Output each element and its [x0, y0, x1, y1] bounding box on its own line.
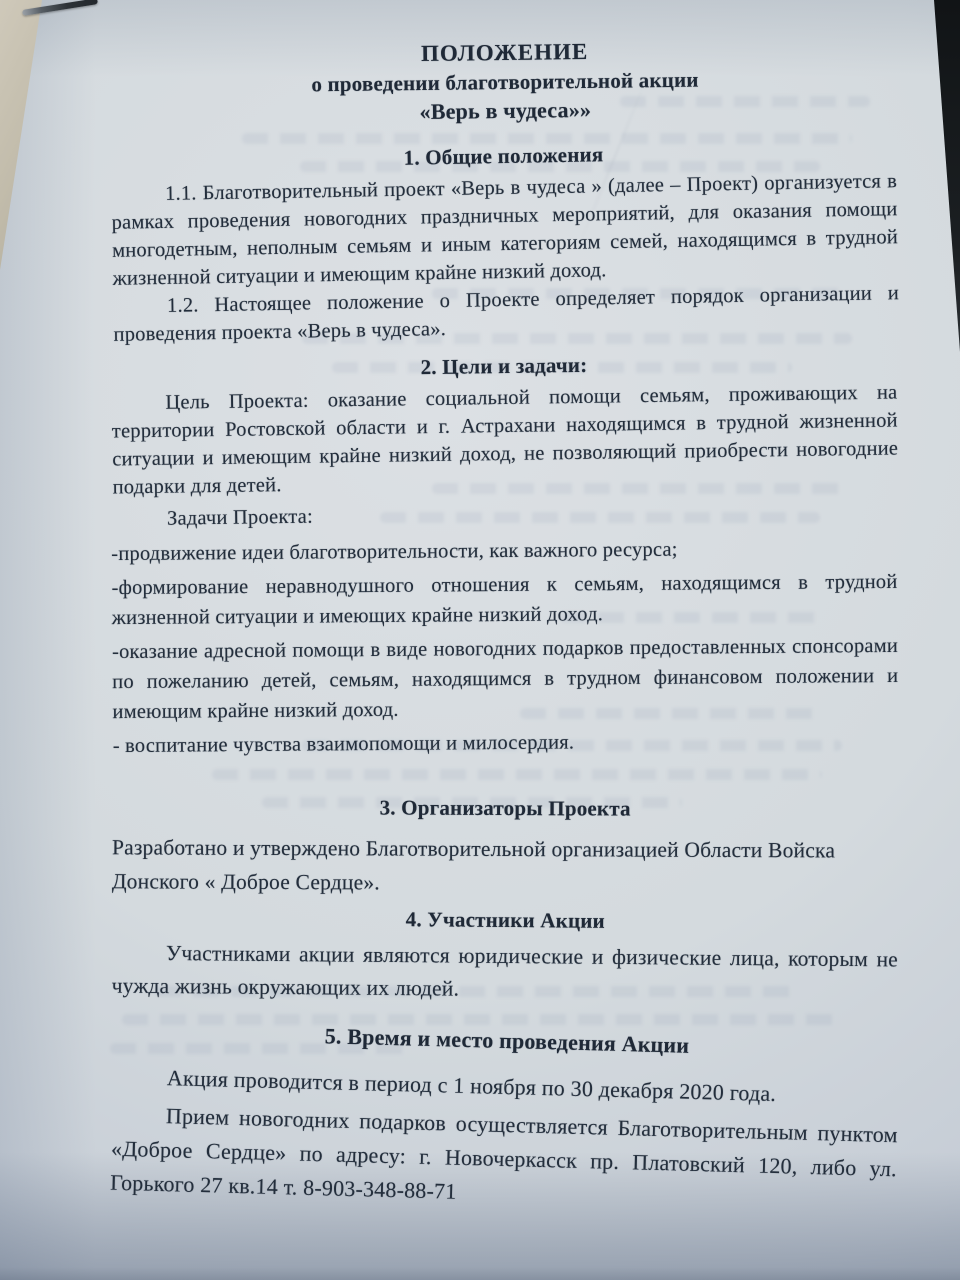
- document-title-block: ПОЛОЖЕНИЕ о проведении благотворительной…: [111, 33, 898, 131]
- paragraph-address: Прием новогодних подарков осуществляется…: [110, 1098, 898, 1221]
- tasks-list: -продвижение идеи благотворительности, к…: [111, 533, 899, 761]
- paragraph-tasks-label: Задачи Проекта:: [113, 495, 899, 534]
- document-content: ПОЛОЖЕНИЕ о проведении благотворительной…: [0, 0, 960, 1280]
- section-participants: 4. Участники Акции Участниками акции явл…: [112, 903, 899, 1010]
- paragraph-organizers: Разработано и утверждено Благотворительн…: [112, 830, 898, 901]
- paragraph-goal: Цель Проекта: оказание социальной помощи…: [111, 379, 898, 502]
- paragraph-1-1: 1.1. Благотворительный проект «Верь в чу…: [111, 167, 899, 293]
- paragraph-participants: Участниками акции являются юридические и…: [112, 937, 899, 1010]
- document-page: ПОЛОЖЕНИЕ о проведении благотворительной…: [0, 0, 960, 1280]
- section-general-provisions: 1. Общие положения 1.1. Благотворительны…: [110, 135, 899, 349]
- section-goals-tasks: 2. Цели и задачи: Цель Проекта: оказание…: [111, 347, 899, 534]
- list-item: - воспитание чувства взаимопомощи и мило…: [113, 725, 899, 761]
- section-4-heading: 4. Участники Акции: [112, 903, 898, 938]
- section-5-heading: 5. Время и место проведения Акции: [114, 1016, 901, 1067]
- section-organizers: 3. Организаторы Проекта Разработано и ут…: [112, 792, 898, 901]
- section-time-place: 5. Время и место проведения Акции Акция …: [110, 1016, 901, 1221]
- section-3-heading: 3. Организаторы Проекта: [112, 792, 898, 823]
- list-item: -оказание адресной помощи в виде новогод…: [112, 631, 899, 727]
- list-item: -продвижение идеи благотворительности, к…: [111, 533, 897, 569]
- list-item: -формирование неравнодушного отношения к…: [111, 567, 897, 633]
